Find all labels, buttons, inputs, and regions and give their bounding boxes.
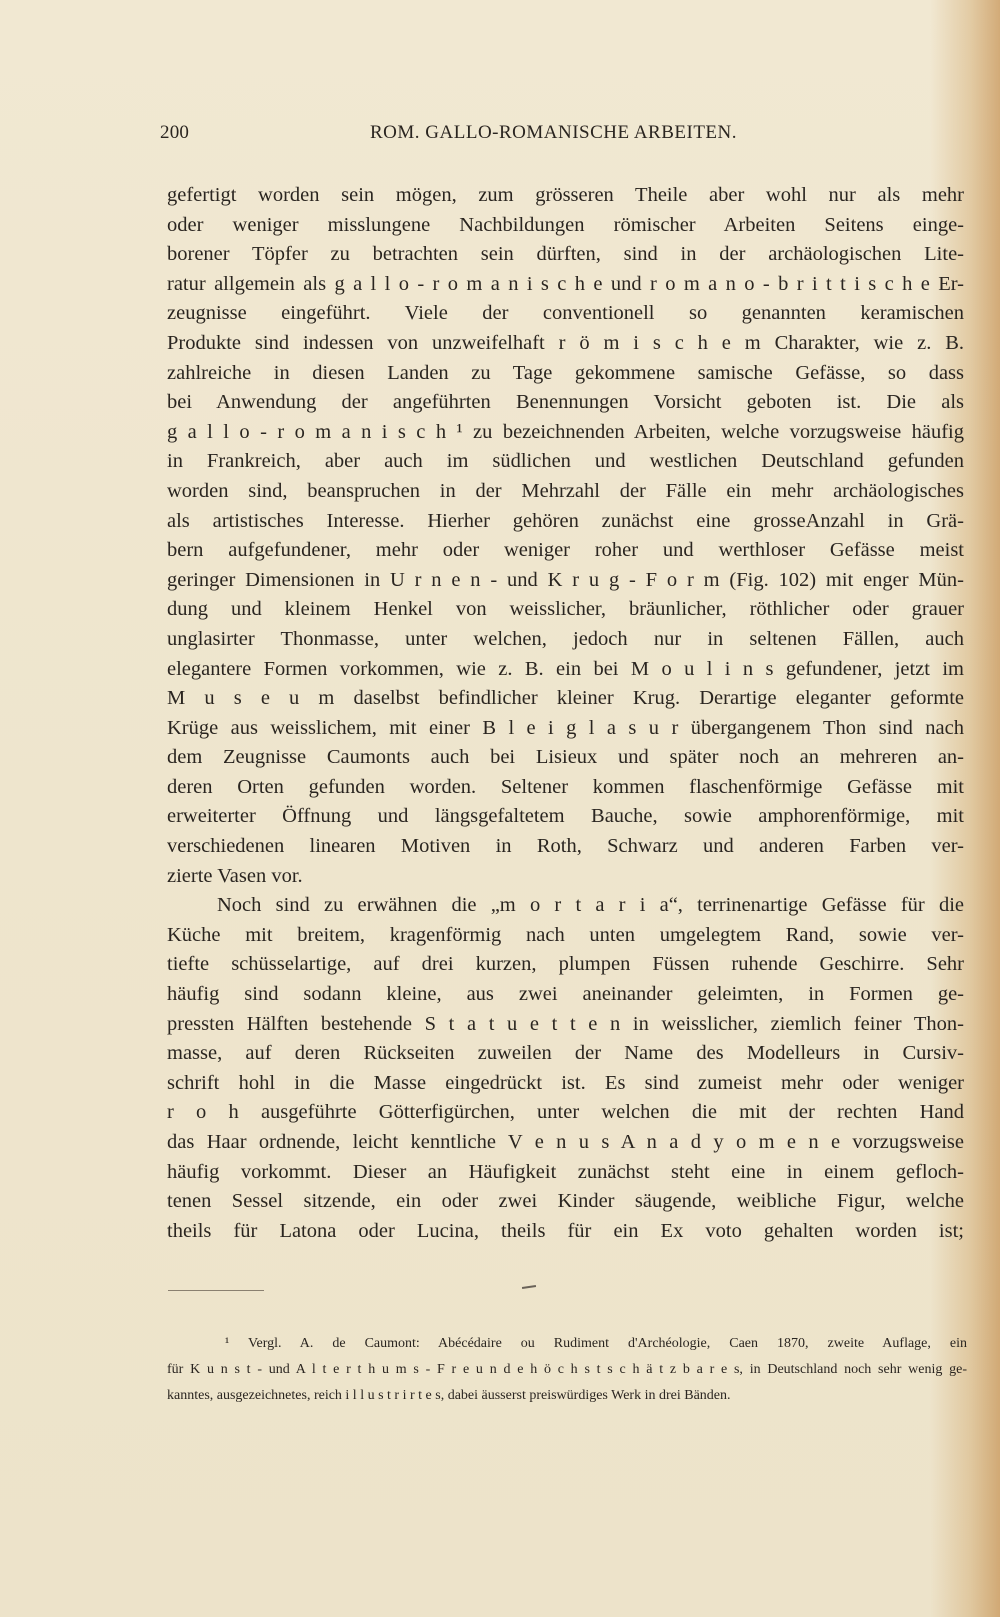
text-line: das Haar ordnende, leicht kenntliche V e… — [167, 1128, 964, 1158]
text-line: gefertigt worden sein mögen, zum grösser… — [167, 181, 964, 211]
text-line: zierte Vasen vor. — [167, 862, 964, 892]
text-line: tenen Sessel sitzende, ein oder zwei Kin… — [167, 1187, 964, 1217]
text-line: deren Orten gefunden worden. Seltener ko… — [167, 773, 964, 803]
text-line: bei Anwendung der angeführten Benennunge… — [167, 388, 964, 418]
running-title: ROM. GALLO-ROMANISCHE ARBEITEN. — [370, 122, 737, 144]
text-line: worden sind, beanspruchen in der Mehrzah… — [167, 477, 964, 507]
text-line: oder weniger misslungene Nachbildungen r… — [167, 211, 964, 241]
page-header: 200 ROM. GALLO-ROMANISCHE ARBEITEN. — [160, 122, 780, 146]
text-line: Küche mit breitem, kragenförmig nach unt… — [167, 921, 964, 951]
text-line: ratur allgemein als g a l l o - r o m a … — [167, 270, 964, 300]
text-line: zahlreiche in diesen Landen zu Tage geko… — [167, 359, 964, 389]
text-line: tiefte schüsselartige, auf drei kurzen, … — [167, 950, 964, 980]
text-line: r o h ausgeführte Götterfigürchen, unter… — [167, 1098, 964, 1128]
text-line: unglasirter Thonmasse, unter welchen, je… — [167, 625, 964, 655]
text-line: M u s e u m daselbst befindlicher kleine… — [167, 684, 964, 714]
text-line: geringer Dimensionen in U r n e n - und … — [167, 566, 964, 596]
text-line: häufig vorkommt. Dieser an Häufigkeit zu… — [167, 1158, 964, 1188]
footnote: ¹ Vergl. A. de Caumont: Abécédaire ou Ru… — [167, 1331, 967, 1409]
text-line: zeugnisse eingeführt. Viele der conventi… — [167, 299, 964, 329]
text-line: theils für Latona oder Lucina, theils fü… — [167, 1217, 964, 1247]
page-number: 200 — [160, 122, 189, 144]
text-line: Produkte sind indessen von unzweifelhaft… — [167, 329, 964, 359]
text-line: borener Töpfer zu betrachten sein dürfte… — [167, 240, 964, 270]
text-line: dem Zeugnisse Caumonts auch bei Lisieux … — [167, 743, 964, 773]
text-line: pressten Hälften bestehende S t a t u e … — [167, 1010, 964, 1040]
text-line: verschiedenen linearen Motiven in Roth, … — [167, 832, 964, 862]
text-line: elegantere Formen vorkommen, wie z. B. e… — [167, 655, 964, 685]
text-line: häufig sind sodann kleine, aus zwei anei… — [167, 980, 964, 1010]
footnote-line: für K u n s t - und A l t e r t h u m s … — [167, 1357, 967, 1383]
text-line: g a l l o - r o m a n i s c h ¹ zu bezei… — [167, 418, 964, 448]
text-line: masse, auf deren Rückseiten zuweilen der… — [167, 1039, 964, 1069]
text-line: Krüge aus weisslichem, mit einer B l e i… — [167, 714, 964, 744]
text-line: Noch sind zu erwähnen die „m o r t a r i… — [167, 891, 964, 921]
text-line: erweiterter Öffnung und längsgefaltetem … — [167, 802, 964, 832]
text-line: als artistisches Interesse. Hierher gehö… — [167, 507, 964, 537]
text-line: schrift hohl in die Masse eingedrückt is… — [167, 1069, 964, 1099]
footnote-divider — [168, 1290, 264, 1291]
text-line: dung und kleinem Henkel von weisslicher,… — [167, 595, 964, 625]
footnote-line: ¹ Vergl. A. de Caumont: Abécédaire ou Ru… — [167, 1331, 967, 1357]
text-line: bern aufgefundener, mehr oder weniger ro… — [167, 536, 964, 566]
footnote-line: kanntes, ausgezeichnetes, reich i l l u … — [167, 1383, 967, 1409]
body-text: gefertigt worden sein mögen, zum grösser… — [167, 181, 964, 1246]
text-line: in Frankreich, aber auch im südlichen un… — [167, 447, 964, 477]
